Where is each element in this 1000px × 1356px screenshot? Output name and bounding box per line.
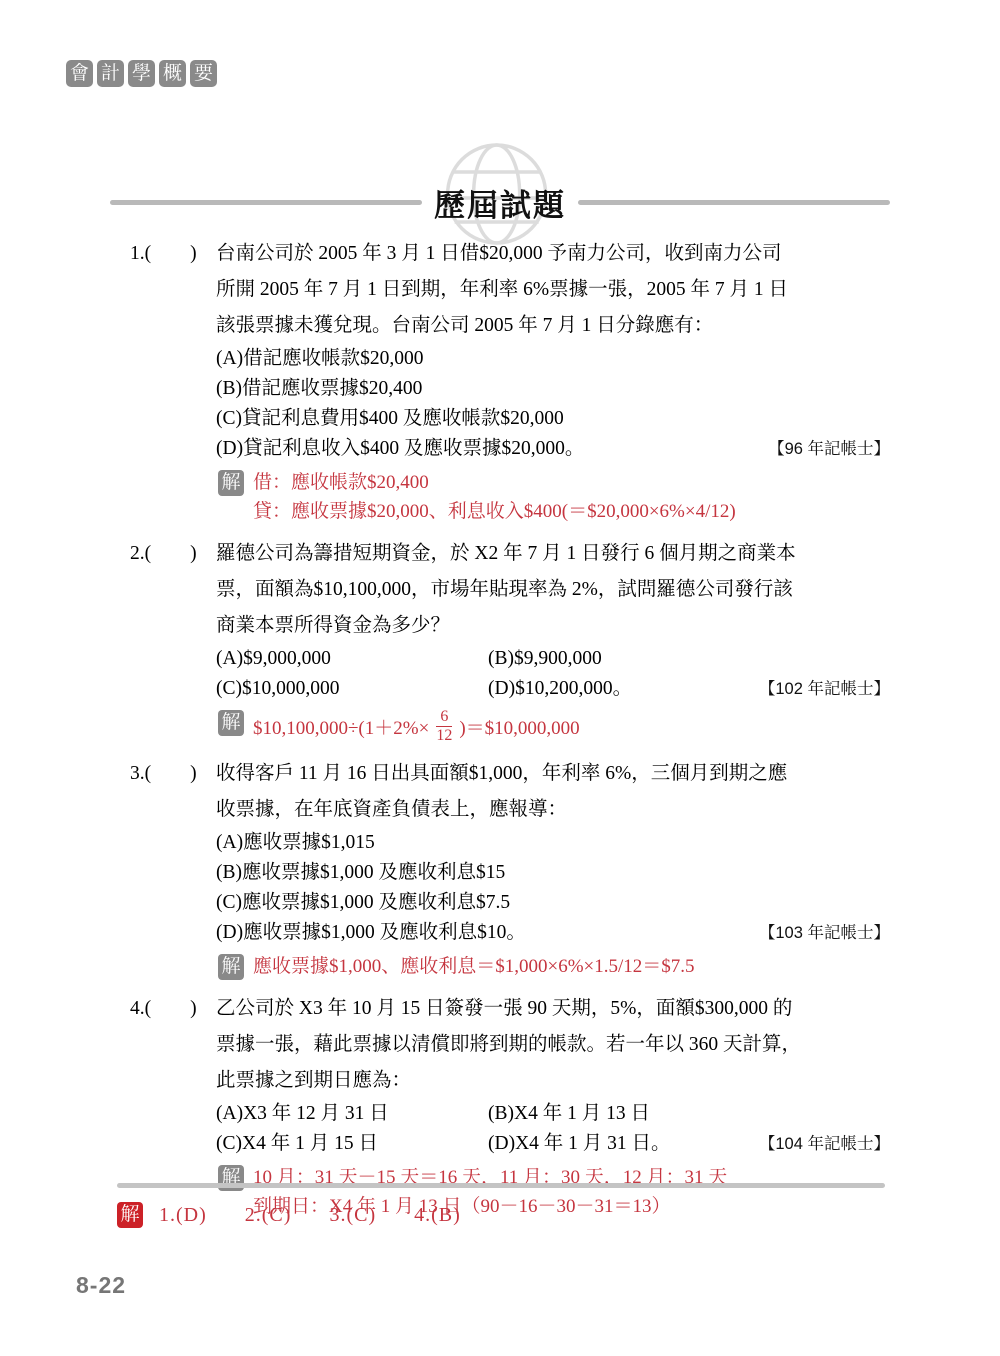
option-b: (B)X4 年 1 月 13 日: [488, 1099, 890, 1129]
question-number: 4.( ): [130, 991, 216, 1229]
option-c: (C)$10,000,000: [216, 674, 488, 704]
section-title: 歷屆試題: [434, 180, 566, 225]
formula-before: $10,100,000÷(1＋2%×: [253, 713, 429, 740]
questions-area: 1.( ) 台南公司於 2005 年 3 月 1 日借$20,000 予南力公司…: [130, 236, 890, 1231]
question-number: 1.( ): [130, 236, 216, 534]
heading-left-rule: [110, 200, 422, 205]
solution-formula: $10,100,000÷(1＋2%× 6 12 )＝$10,000,000: [253, 708, 580, 746]
book-title: 會 計 學 概 要: [66, 60, 217, 87]
solution-2: 解 $10,100,000÷(1＋2%× 6 12 )＝$10,000,000: [218, 708, 890, 746]
formula-after: )＝$10,000,000: [459, 713, 579, 740]
exam-source-tag: 【103 年記帳士】: [759, 918, 890, 948]
answer-item: 1.(D): [159, 1204, 207, 1227]
question-3: 3.( ) 收得客戶 11 月 16 日出具面額$1,000，年利率 6%，三個…: [130, 756, 890, 989]
option-c: (C)貸記利息費用$400 及應收帳款$20,000: [216, 404, 890, 434]
question-text-line: 收得客戶 11 月 16 日出具面額$1,000，年利率 6%，三個月到期之應: [216, 756, 890, 792]
option-b: (B)$9,900,000: [488, 644, 890, 674]
fraction-denominator: 12: [432, 727, 456, 745]
answer-item: 4.(B): [414, 1204, 461, 1227]
textbook-page: 會 計 學 概 要 歷屆試題 1.( ) 台南公司於 2005 年 3 月 1 …: [0, 0, 1000, 1356]
option-a: (A)借記應收帳款$20,000: [216, 344, 890, 374]
question-text-line: 商業本票所得資金為多少？: [216, 608, 890, 644]
answer-item: 3.(C): [329, 1204, 376, 1227]
answer-item: 2.(C): [245, 1204, 292, 1227]
solution-badge: 解: [218, 470, 244, 496]
question-text-line: 台南公司於 2005 年 3 月 1 日借$20,000 予南力公司，收到南力公…: [216, 236, 890, 272]
option-d: (D)$10,200,000。: [488, 674, 759, 704]
solution-badge: 解: [218, 954, 244, 980]
exam-source-tag: 【104 年記帳士】: [759, 1129, 890, 1159]
page-number: 8-22: [76, 1272, 126, 1299]
question-text-line: 羅德公司為籌措短期資金，於 X2 年 7 月 1 日發行 6 個月期之商業本: [216, 536, 890, 572]
answer-key-row: 解 1.(D) 2.(C) 3.(C) 4.(B): [117, 1202, 499, 1228]
question-text-line: 所開 2005 年 7 月 1 日到期，年利率 6%票據一張，2005 年 7 …: [216, 272, 890, 308]
answer-key-badge: 解: [117, 1202, 143, 1228]
book-title-char: 學: [128, 60, 155, 87]
option-c: (C)應收票據$1,000 及應收利息$7.5: [216, 888, 890, 918]
option-a: (A)應收票據$1,015: [216, 828, 890, 858]
exam-source-tag: 【102 年記帳士】: [759, 674, 890, 704]
option-a: (A)X3 年 12 月 31 日: [216, 1099, 488, 1129]
solution-line: 貸：應收票據$20,000、利息收入$400(＝$20,000×6%×4/12): [253, 497, 736, 526]
fraction: 6 12: [432, 708, 456, 746]
question-text-line: 此票據之到期日應為：: [216, 1063, 890, 1099]
question-text-line: 收票據，在年底資產負債表上，應報導：: [216, 792, 890, 828]
question-number: 2.( ): [130, 536, 216, 754]
solution-line: 借：應收帳款$20,400: [253, 468, 736, 497]
question-2: 2.( ) 羅德公司為籌措短期資金，於 X2 年 7 月 1 日發行 6 個月期…: [130, 536, 890, 754]
fraction-numerator: 6: [436, 708, 452, 727]
question-text-line: 乙公司於 X3 年 10 月 15 日簽發一張 90 天期，5%，面額$300,…: [216, 991, 890, 1027]
option-b: (B)應收票據$1,000 及應收利息$15: [216, 858, 890, 888]
question-4: 4.( ) 乙公司於 X3 年 10 月 15 日簽發一張 90 天期，5%，面…: [130, 991, 890, 1229]
option-c: (C)X4 年 1 月 15 日: [216, 1129, 488, 1159]
option-d: (D)應收票據$1,000 及應收利息$10。: [216, 918, 526, 948]
option-a: (A)$9,000,000: [216, 644, 488, 674]
book-title-char: 要: [190, 60, 217, 87]
book-title-char: 計: [97, 60, 124, 87]
solution-line: 應收票據$1,000、應收利息＝$1,000×6%×1.5/12＝$7.5: [253, 952, 695, 981]
question-text-line: 票，面額為$10,100,000，市場年貼現率為 2%，試問羅德公司發行該: [216, 572, 890, 608]
option-d: (D)X4 年 1 月 31 日。: [488, 1129, 759, 1159]
book-title-char: 會: [66, 60, 93, 87]
option-b: (B)借記應收票據$20,400: [216, 374, 890, 404]
solution-3: 解 應收票據$1,000、應收利息＝$1,000×6%×1.5/12＝$7.5: [218, 952, 890, 981]
question-1: 1.( ) 台南公司於 2005 年 3 月 1 日借$20,000 予南力公司…: [130, 236, 890, 534]
solution-1: 解 借：應收帳款$20,400 貸：應收票據$20,000、利息收入$400(＝…: [218, 468, 890, 526]
book-title-char: 概: [159, 60, 186, 87]
solution-badge: 解: [218, 710, 244, 736]
option-d: (D)貸記利息收入$400 及應收票據$20,000。: [216, 434, 584, 464]
answer-divider-rule: [117, 1183, 885, 1188]
question-text-line: 票據一張，藉此票據以清償即將到期的帳款。若一年以 360 天計算，: [216, 1027, 890, 1063]
question-number: 3.( ): [130, 756, 216, 989]
exam-source-tag: 【96 年記帳士】: [768, 434, 890, 464]
question-text-line: 該張票據未獲兌現。台南公司 2005 年 7 月 1 日分錄應有：: [216, 308, 890, 344]
heading-right-rule: [578, 200, 890, 205]
